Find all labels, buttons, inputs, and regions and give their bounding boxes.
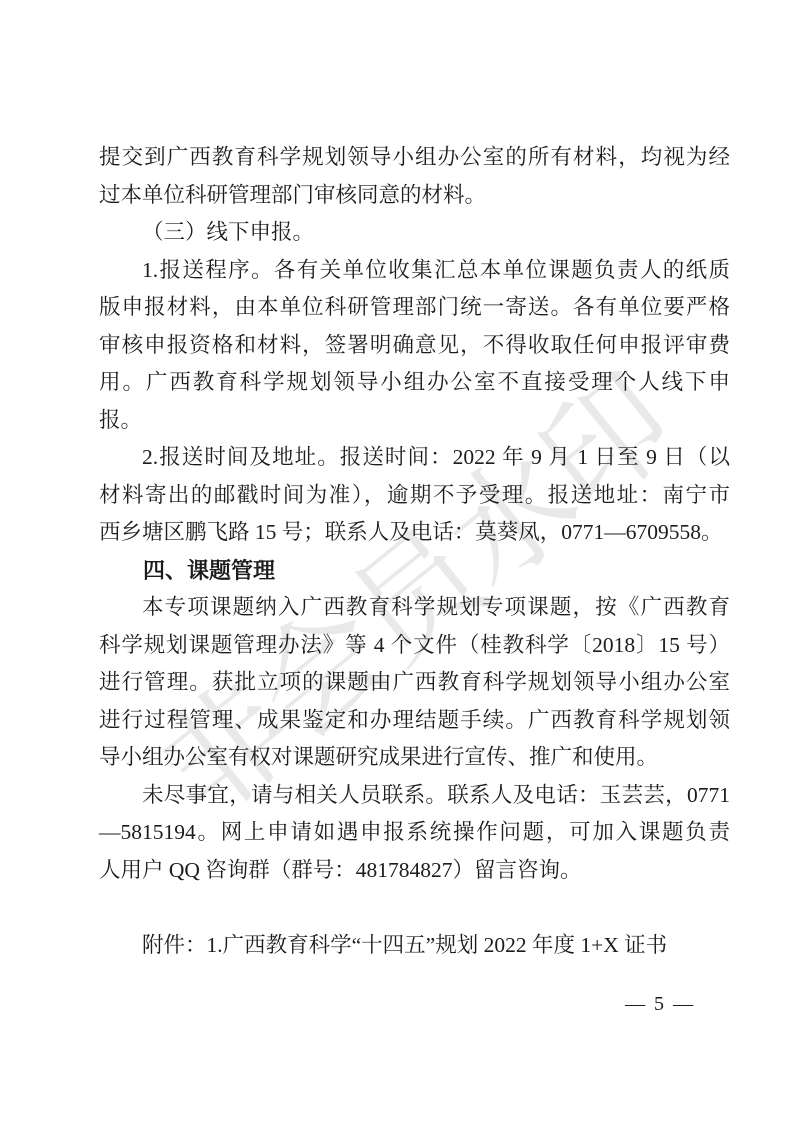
document-line: （三）线下申报。 <box>99 214 730 252</box>
document-line: 1.报送程序。各有关单位收集汇总本单位课题负责人的纸质 <box>99 252 730 290</box>
blank-line <box>99 889 730 927</box>
document-body: 提交到广西教育科学规划领导小组办公室的所有材料，均视为经过本单位科研管理部门审核… <box>99 139 730 964</box>
document-line: 未尽事宜，请与相关人员联系。联系人及电话：玉芸芸，0771 <box>99 777 730 815</box>
document-line: 提交到广西教育科学规划领导小组办公室的所有材料，均视为经 <box>99 139 730 177</box>
document-line: 报。 <box>99 402 730 440</box>
document-line: 科学规划课题管理办法》等 4 个文件（桂教科学〔2018〕15 号） <box>99 627 730 665</box>
document-line: 西乡塘区鹏飞路 15 号；联系人及电话：莫葵凤，0771—6709558。 <box>99 514 730 552</box>
document-page: 非会员水印 提交到广西教育科学规划领导小组办公室的所有材料，均视为经过本单位科研… <box>0 0 794 1123</box>
document-line: 进行管理。获批立项的课题由广西教育科学规划领导小组办公室 <box>99 664 730 702</box>
page-number: — 5 — <box>625 993 695 1016</box>
document-line: 材料寄出的邮戳时间为准），逾期不予受理。报送地址：南宁市 <box>99 477 730 515</box>
document-line: 2.报送时间及地址。报送时间：2022 年 9 月 1 日至 9 日（以 <box>99 439 730 477</box>
document-line: 过本单位科研管理部门审核同意的材料。 <box>99 177 730 215</box>
document-line: 人用户 QQ 咨询群（群号：481784827）留言咨询。 <box>99 852 730 890</box>
document-line: 版申报材料，由本单位科研管理部门统一寄送。各有单位要严格 <box>99 289 730 327</box>
document-line: 四、课题管理 <box>99 552 730 590</box>
document-line: 审核申报资格和材料，签署明确意见，不得收取任何申报评审费 <box>99 327 730 365</box>
document-line: 导小组办公室有权对课题研究成果进行宣传、推广和使用。 <box>99 739 730 777</box>
document-line: 用。广西教育科学规划领导小组办公室不直接受理个人线下申 <box>99 364 730 402</box>
document-line: 附件：1.广西教育科学“十四五”规划 2022 年度 1+X 证书 <box>99 927 730 965</box>
document-line: 本专项课题纳入广西教育科学规划专项课题，按《广西教育 <box>99 589 730 627</box>
document-line: 进行过程管理、成果鉴定和办理结题手续。广西教育科学规划领 <box>99 702 730 740</box>
document-line: —5815194。网上申请如遇申报系统操作问题，可加入课题负责 <box>99 814 730 852</box>
